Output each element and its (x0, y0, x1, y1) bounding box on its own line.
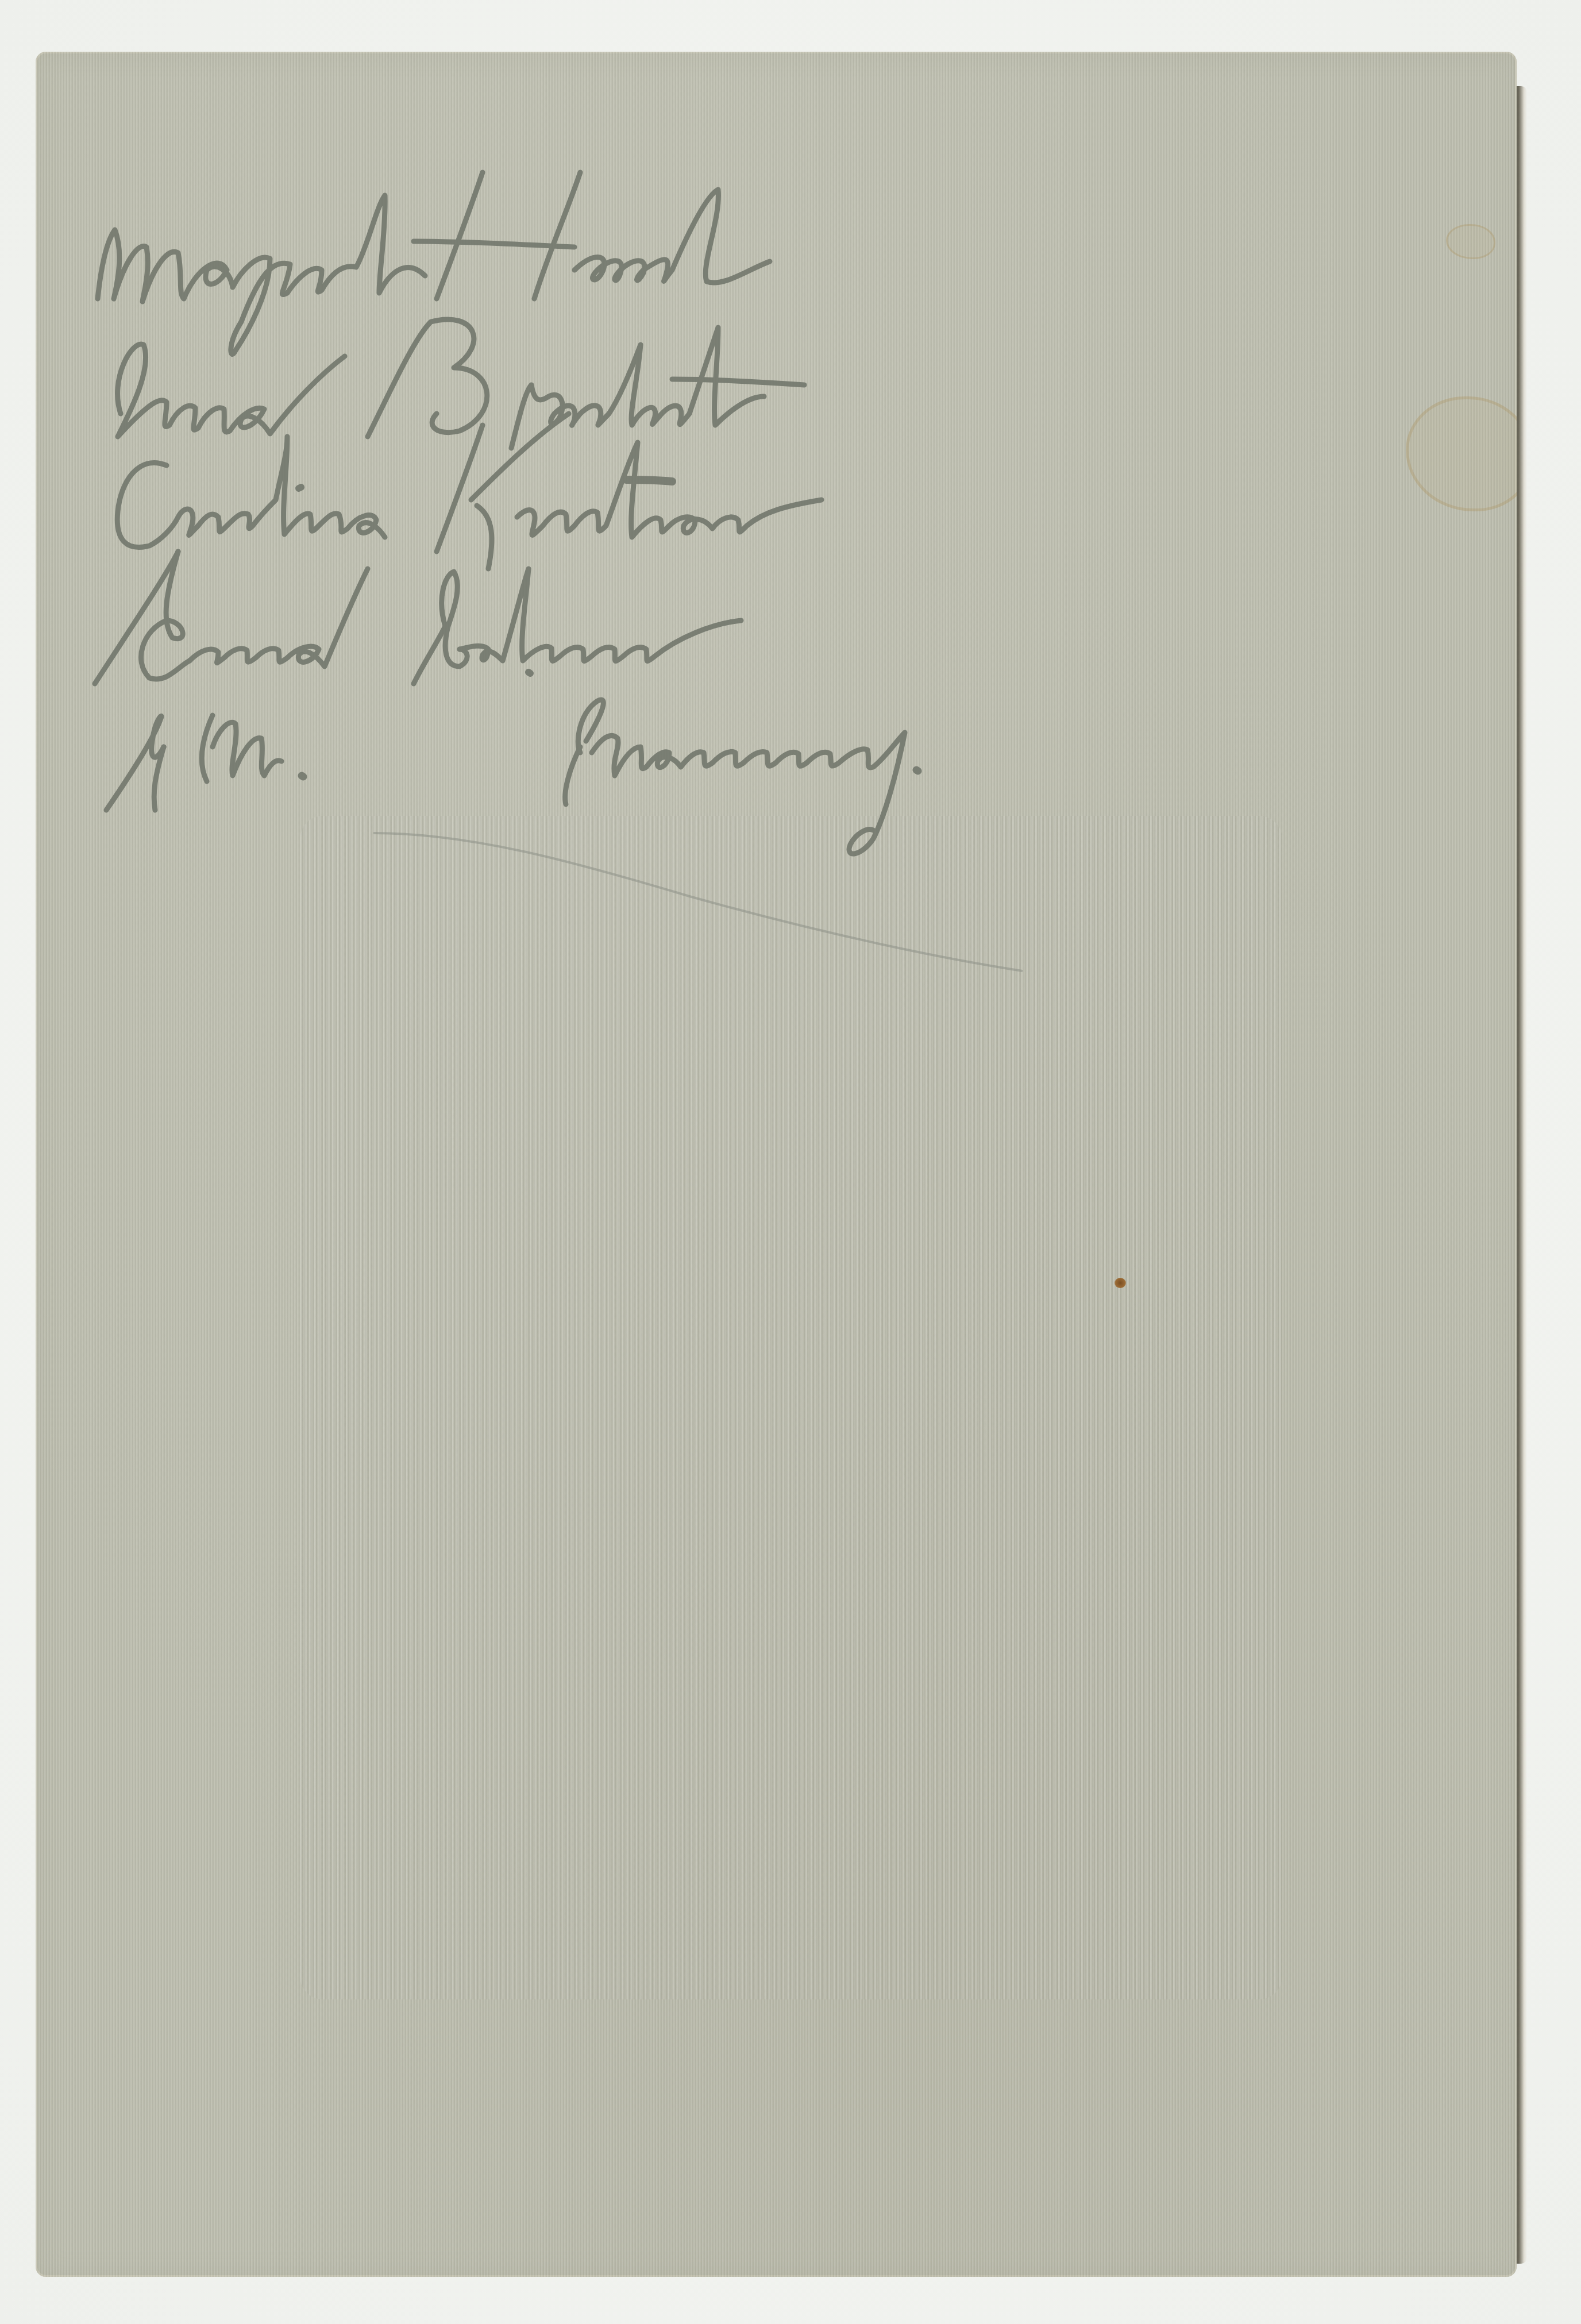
handwritten-inscription (0, 0, 1581, 2324)
inscription-line-2 (118, 319, 804, 448)
stray-pencil-arc (373, 833, 1023, 971)
inscription-line-1 (98, 172, 770, 354)
inscription-line-5 (106, 672, 918, 854)
inscription-line-4 (95, 552, 741, 684)
inscription-line-3 (117, 414, 822, 569)
